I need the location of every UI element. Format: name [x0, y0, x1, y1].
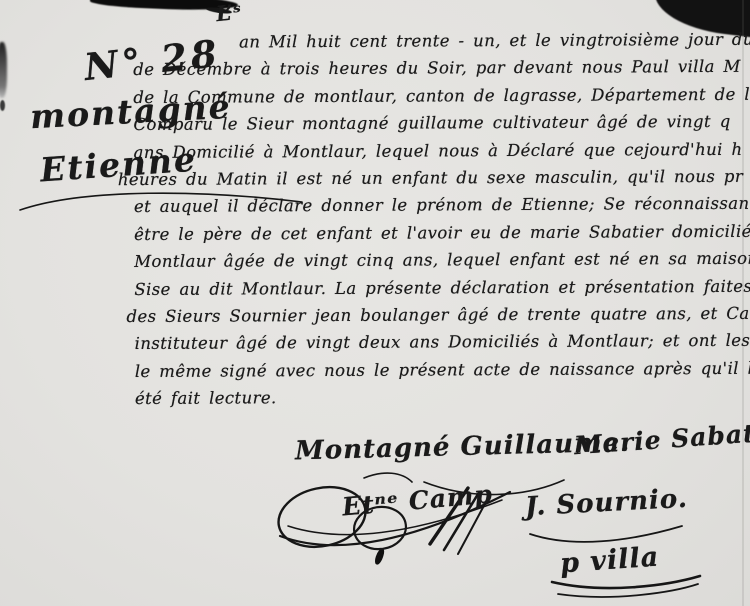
signature-marie-sabatie: Marie Sabatié — [573, 417, 750, 461]
act-line: Comparu le Sieur montagné guillaume cult… — [133, 106, 750, 138]
scan-artifact-left-dot — [0, 100, 5, 111]
act-line: et auquel il déclare donner le prénom de… — [134, 189, 750, 221]
signature-villa-underline — [548, 574, 706, 604]
act-line: de Décembre à trois heures du Soir, par … — [133, 52, 750, 84]
scan-artifact-left-smudge — [0, 42, 7, 98]
act-line: instituteur âgé de vingt deux ans Domici… — [135, 326, 750, 358]
act-line: des Sieurs Sournier jean boulanger âgé d… — [126, 298, 750, 330]
line-start-flourish: L’ˢ — [215, 0, 243, 26]
act-line: ans Domicilié à Montlaur, lequel nous à … — [134, 134, 750, 166]
act-line: de la Commune de montlaur, canton de lag… — [133, 79, 750, 111]
act-line: été fait lecture. — [135, 380, 750, 412]
scanned-register-page: L’ˢ N° 28 montagné Etienne an Mil huit c… — [0, 0, 750, 606]
act-line: Montlaur âgée de vingt cinq ans, lequel … — [134, 243, 750, 275]
act-line: an Mil huit cent trente - un, et le ving… — [133, 24, 750, 56]
act-line: le même signé avec nous le présent acte … — [135, 353, 750, 385]
act-body-text: an Mil huit cent trente - un, et le ving… — [133, 24, 750, 412]
act-line: être le père de cet enfant et l'avoir eu… — [134, 216, 750, 248]
act-line: heures du Matin il est né un enfant du s… — [118, 161, 750, 193]
act-line: Sise au dit Montlaur. La présente déclar… — [134, 271, 750, 303]
